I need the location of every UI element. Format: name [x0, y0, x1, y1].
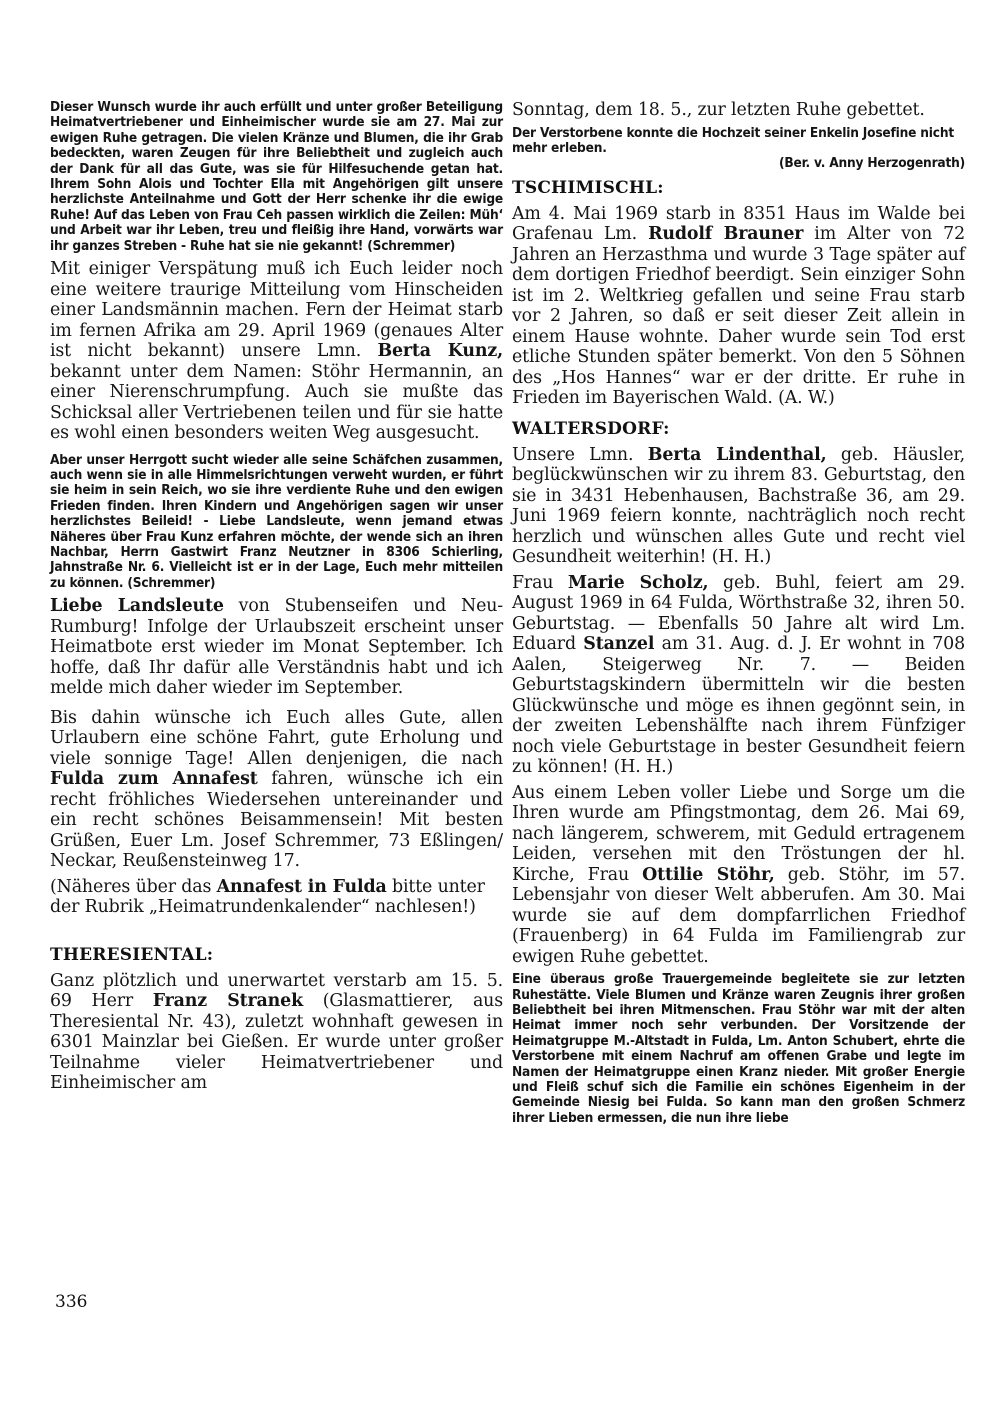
paragraph-stranek-burial: Sonntag, dem 18. 5., zur letzten Ruhe ge…: [512, 100, 965, 121]
paragraph-ceh-obituary-end: Dieser Wunsch wurde ihr auch erfüllt und…: [50, 100, 503, 254]
name-stanzel: Stanzel: [583, 634, 654, 654]
paragraph-trauergemeinde: Eine überaus große Trauergemeinde beglei…: [512, 972, 965, 1126]
right-column: Sonntag, dem 18. 5., zur letzten Ruhe ge…: [512, 100, 965, 1126]
bold-liebe-landsleute: Liebe Landsleute: [50, 596, 224, 616]
report-credit: (Ber. v. Anny Herzogenrath): [512, 156, 965, 171]
name-rudolf-brauner: Rudolf Brauner: [648, 224, 803, 244]
paragraph-ottilie-stoehr: Aus einem Leben voller Liebe und Sorge u…: [512, 783, 965, 968]
left-column: Dieser Wunsch wurde ihr auch erfüllt und…: [50, 100, 503, 1094]
section-heading-theresiental: THERESIENTAL:: [50, 944, 503, 966]
paragraph-enkelin: Der Verstorbene konnte die Hochzeit sein…: [512, 126, 965, 157]
paragraph-franz-stranek: Ganz plötzlich und unerwartet verstarb a…: [50, 971, 503, 1094]
paragraph-berta-kunz: Mit einiger Verspätung muß ich Euch leid…: [50, 259, 503, 444]
bold-fulda-annafest: Fulda zum Annafest: [50, 769, 258, 789]
name-franz-stranek: Franz Stranek: [153, 991, 303, 1011]
name-berta-lindenthal: Berta Lindenthal,: [648, 445, 827, 465]
paragraph-greetings: Bis dahin wünsche ich Euch alles Gute, a…: [50, 708, 503, 872]
bold-annafest-in-fulda: Annafest in Fulda: [217, 877, 387, 897]
paragraph-annafest-note: (Näheres über das Annafest in Fulda bitt…: [50, 877, 503, 918]
page-number: 336: [55, 1292, 87, 1312]
paragraph-rudolf-brauner: Am 4. Mai 1969 starb in 8351 Haus im Wal…: [512, 204, 965, 409]
name-ottilie-stoehr: Ottilie Stöhr,: [642, 865, 775, 885]
paragraph-herrgott: Aber unser Herrgott sucht wieder alle se…: [50, 453, 503, 592]
name-berta-kunz: Berta Kunz,: [377, 341, 503, 361]
section-heading-waltersdorf: WALTERSDORF:: [512, 418, 965, 440]
document-page: Dieser Wunsch wurde ihr auch erfüllt und…: [0, 0, 1000, 1413]
paragraph-liebe-landsleute: Liebe Landsleute von Stubenseifen und Ne…: [50, 596, 503, 699]
name-marie-scholz: Marie Scholz,: [568, 573, 709, 593]
section-heading-tschimischl: TSCHIMISCHL:: [512, 177, 965, 199]
paragraph-marie-scholz: Frau Marie Scholz, geb. Buhl, feiert am …: [512, 573, 965, 778]
paragraph-berta-lindenthal: Unsere Lmn. Berta Lindenthal, geb. Häusl…: [512, 445, 965, 568]
